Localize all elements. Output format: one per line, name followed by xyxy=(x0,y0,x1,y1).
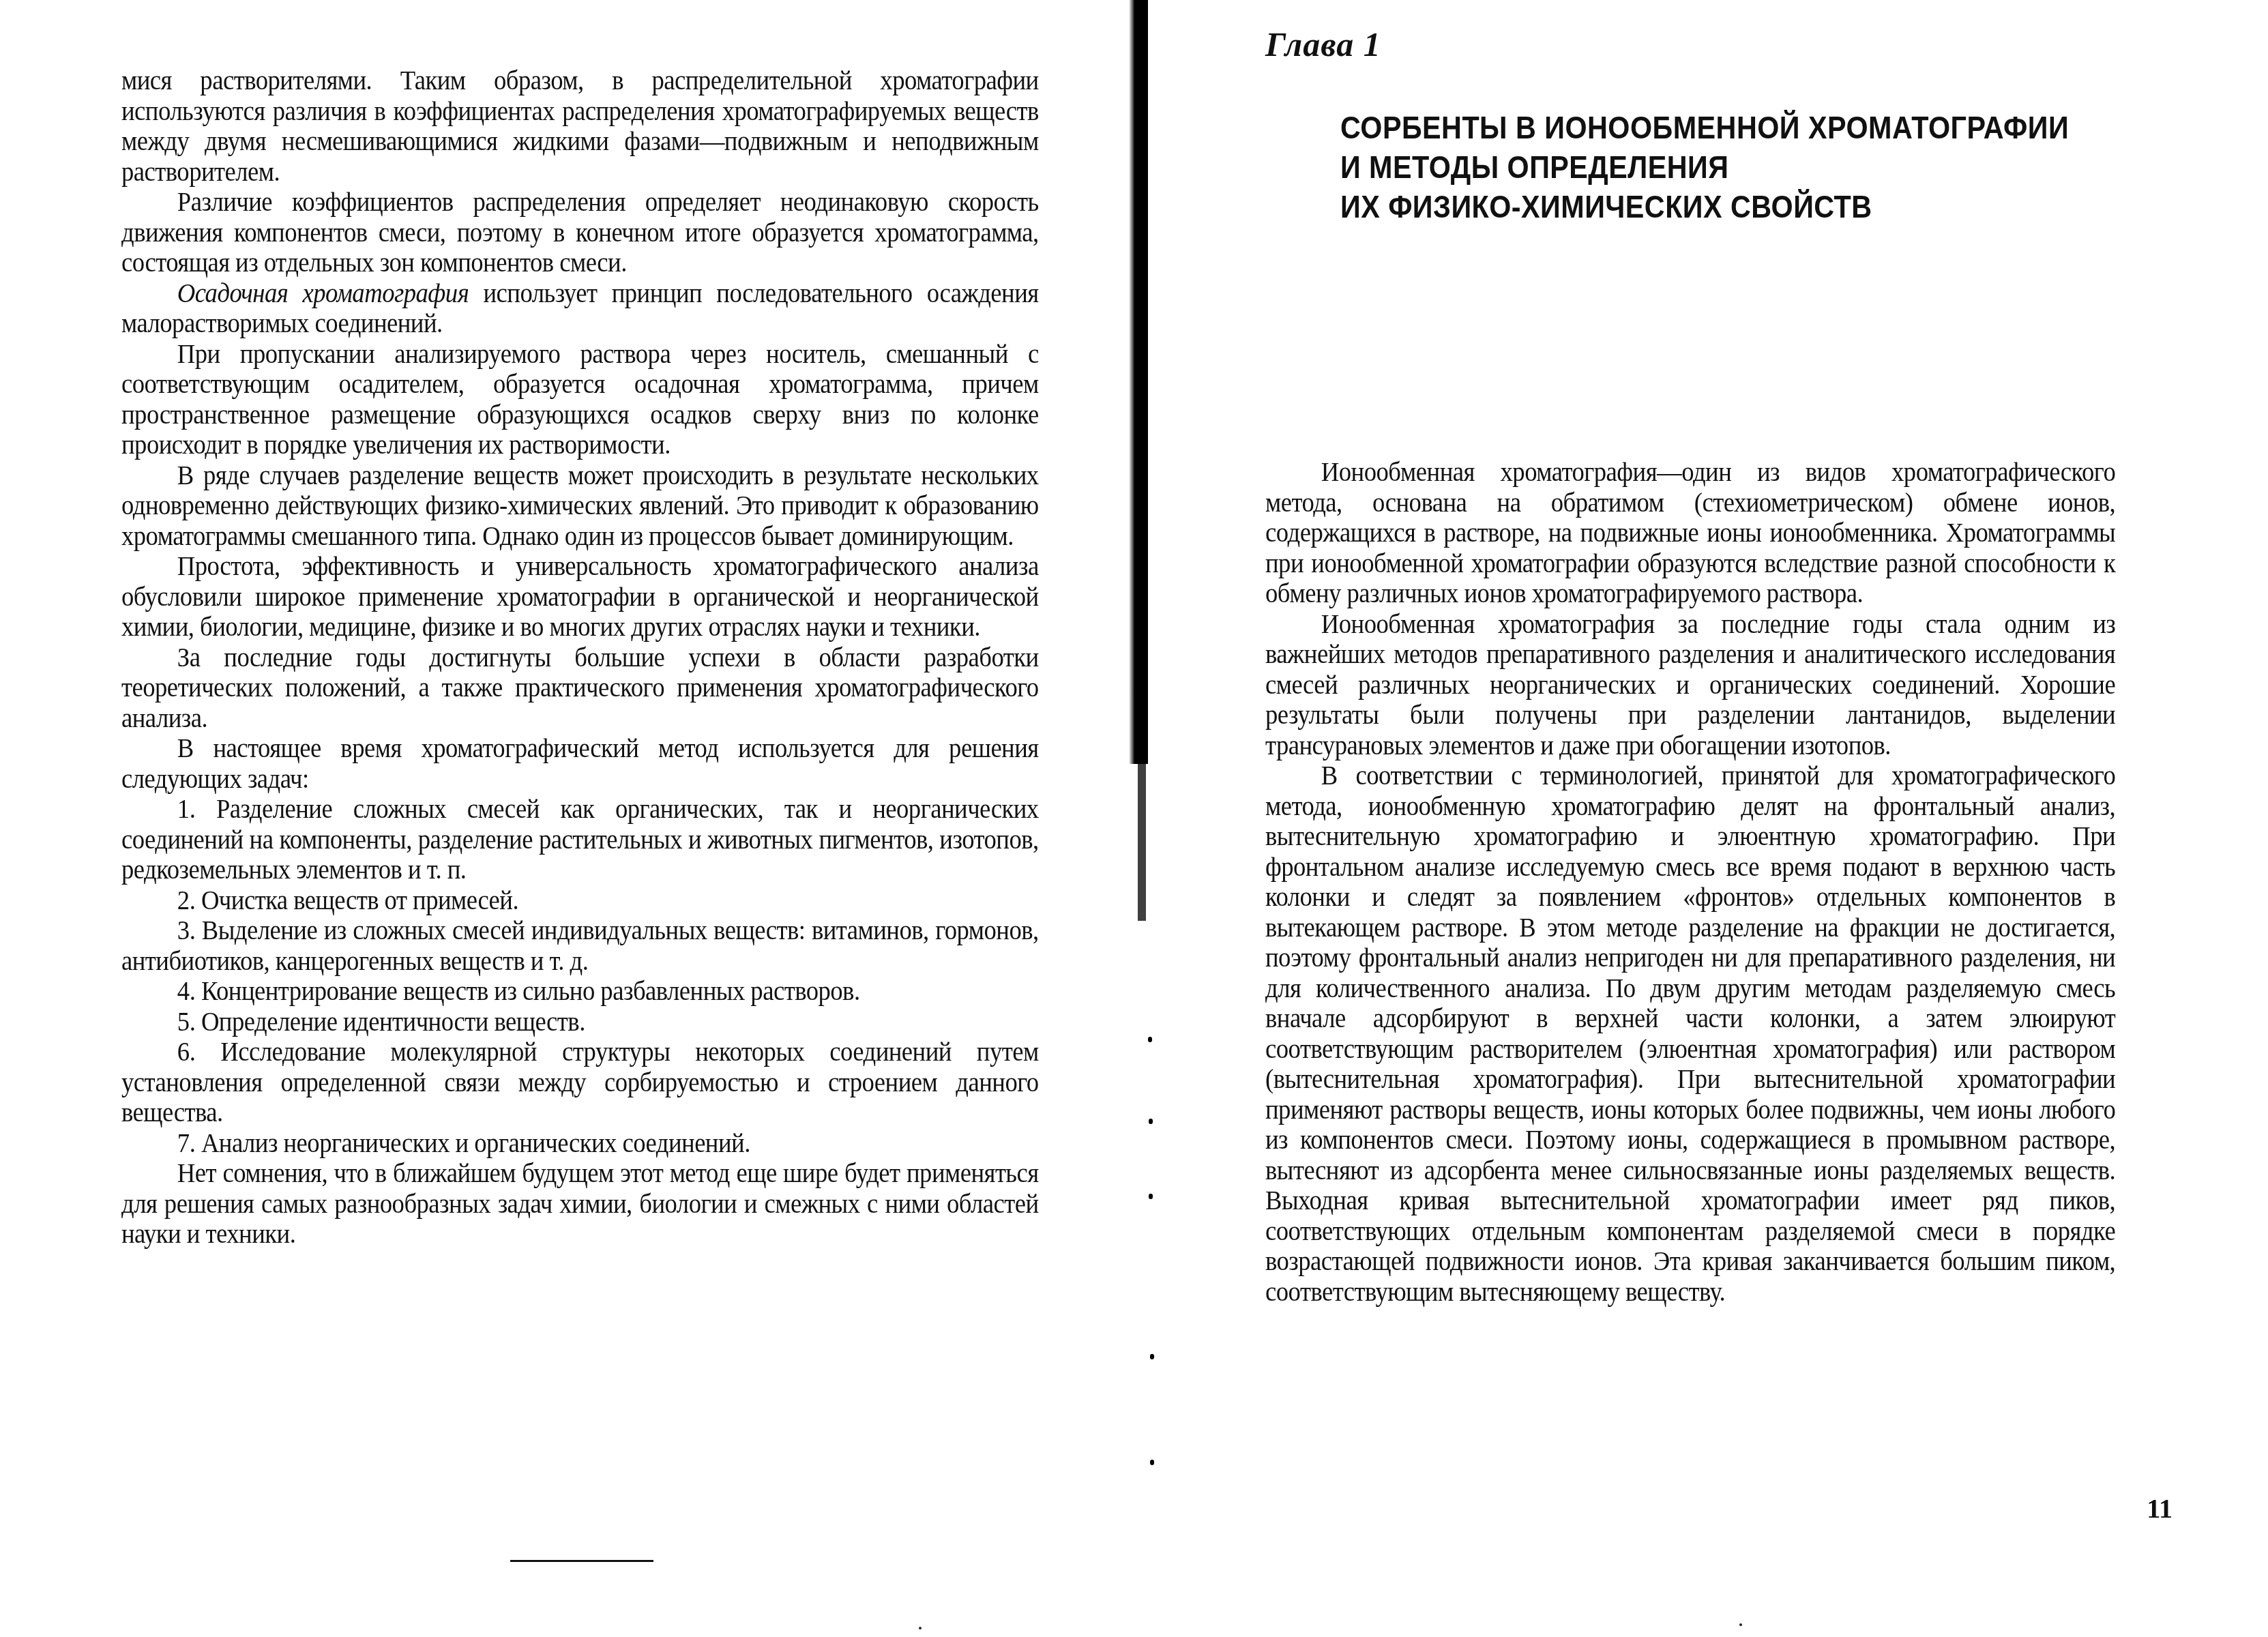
left-page-body: мися растворителями. Таким образом, в ра… xyxy=(121,65,1039,1250)
list-item: 5. Определение идентичности веществ. xyxy=(121,1007,1039,1037)
paragraph: Различие коэффициентов распределения опр… xyxy=(121,187,1039,278)
scan-speck xyxy=(919,1627,922,1629)
paragraph: В настоящее время хроматографический мет… xyxy=(121,733,1039,794)
chapter-label: Глава 1 xyxy=(1265,25,1381,64)
paragraph: Нет сомнения, что в ближайшем будущем эт… xyxy=(121,1158,1039,1250)
list-item: 7. Анализ неорганических и органических … xyxy=(121,1128,1039,1159)
left-page: мися растворителями. Таким образом, в ра… xyxy=(121,65,1039,1250)
heading-line: СОРБЕНТЫ В ИОНООБМЕННОЙ ХРОМАТОГРАФИИ xyxy=(1340,108,2085,147)
paragraph: За последние годы достигнуты большие усп… xyxy=(121,643,1039,734)
paragraph: Простота, эффективность и универсальност… xyxy=(121,551,1039,643)
list-item: 6. Исследование молекулярной структуры н… xyxy=(121,1037,1039,1128)
italic-term: Осадочная хроматография xyxy=(177,278,469,308)
paragraph: Ионообменная хроматография—один из видов… xyxy=(1265,457,2115,609)
heading-line: И МЕТОДЫ ОПРЕДЕЛЕНИЯ xyxy=(1340,147,2085,187)
right-page-body: Ионообменная хроматография—один из видов… xyxy=(1265,457,2115,1307)
list-item: 2. Очистка веществ от примесей. xyxy=(121,885,1039,916)
scan-speck xyxy=(1739,1623,1742,1626)
paragraph: Ионообменная хроматография за последние … xyxy=(1265,609,2115,761)
list-item: 4. Концентрирование веществ из сильно ра… xyxy=(121,976,1039,1007)
list-item: 1. Разделение сложных смесей как органич… xyxy=(121,794,1039,885)
paragraph: Осадочная хроматография использует принц… xyxy=(121,278,1039,339)
list-item: 3. Выделение из сложных смесей индивидуа… xyxy=(121,915,1039,976)
paragraph: В соответствии с терминологией, принятой… xyxy=(1265,761,2115,1307)
page-number: 11 xyxy=(2147,1492,2173,1524)
chapter-heading: СОРБЕНТЫ В ИОНООБМЕННОЙ ХРОМАТОГРАФИИ И … xyxy=(1340,108,2085,226)
paragraph: мися растворителями. Таким образом, в ра… xyxy=(121,65,1039,187)
paragraph: В ряде случаев разделение веществ может … xyxy=(121,460,1039,552)
heading-line: ИХ ФИЗИКО-ХИМИЧЕСКИХ СВОЙСТВ xyxy=(1340,187,2085,226)
paragraph: При пропускании анализируемого раствора … xyxy=(121,339,1039,460)
book-gutter-shadow xyxy=(1129,0,1148,764)
section-end-rule xyxy=(510,1560,653,1562)
book-gutter-shadow-lower xyxy=(1138,764,1146,921)
